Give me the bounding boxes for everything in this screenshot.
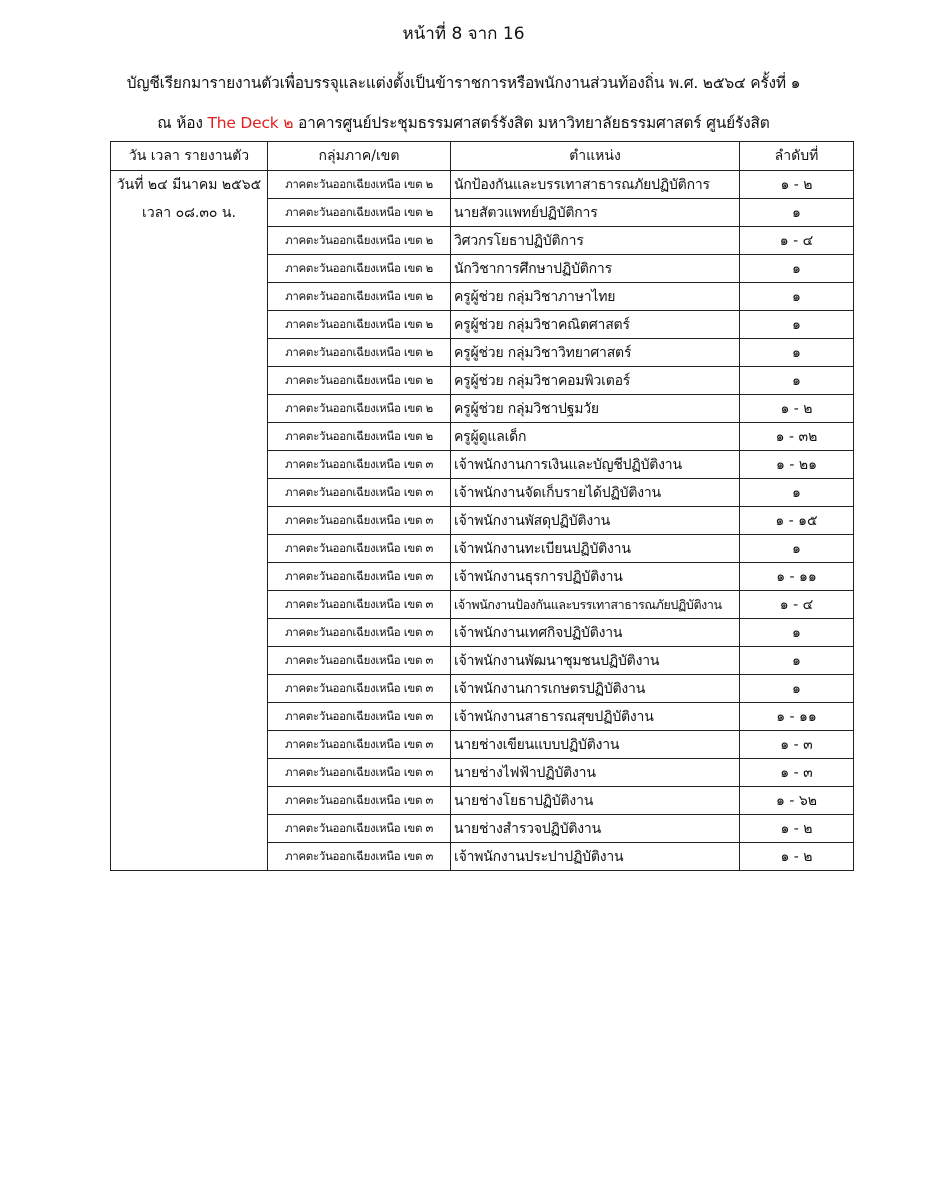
group-cell: ภาคตะวันออกเฉียงเหนือ เขต ๓ xyxy=(268,535,451,563)
group-cell: ภาคตะวันออกเฉียงเหนือ เขต ๒ xyxy=(268,395,451,423)
order-cell: ๑ xyxy=(740,647,854,675)
order-cell: ๑ - ๑๕ xyxy=(740,507,854,535)
position-cell: ครูผู้ช่วย กลุ่มวิชาวิทยาศาสตร์ xyxy=(451,339,740,367)
location-prefix: ณ ห้อง xyxy=(157,114,207,132)
report-datetime-cell: วันที่ ๒๔ มีนาคม ๒๕๖๕เวลา ๐๘.๓๐ น. xyxy=(111,171,268,871)
group-cell: ภาคตะวันออกเฉียงเหนือ เขต ๒ xyxy=(268,339,451,367)
group-cell: ภาคตะวันออกเฉียงเหนือ เขต ๓ xyxy=(268,451,451,479)
page-indicator: หน้าที่ 8 จาก 16 xyxy=(0,20,927,47)
order-cell: ๑ - ๔ xyxy=(740,227,854,255)
location-suffix: อาคารศูนย์ประชุมธรรมศาสตร์รังสิต มหาวิทย… xyxy=(293,114,769,132)
order-cell: ๑ xyxy=(740,339,854,367)
order-cell: ๑ xyxy=(740,535,854,563)
position-cell: เจ้าพนักงานธุรการปฏิบัติงาน xyxy=(451,563,740,591)
document-title: บัญชีเรียกมารายงานตัวเพื่อบรรจุและแต่งตั… xyxy=(0,70,927,95)
group-cell: ภาคตะวันออกเฉียงเหนือ เขต ๓ xyxy=(268,843,451,871)
header-position: ตำแหน่ง xyxy=(451,142,740,171)
position-cell: เจ้าพนักงานพัสดุปฏิบัติงาน xyxy=(451,507,740,535)
position-cell: ครูผู้ช่วย กลุ่มวิชาภาษาไทย xyxy=(451,283,740,311)
position-cell: ครูผู้ช่วย กลุ่มวิชาคอมพิวเตอร์ xyxy=(451,367,740,395)
table-row: วันที่ ๒๔ มีนาคม ๒๕๖๕เวลา ๐๘.๓๐ น.ภาคตะว… xyxy=(111,171,854,199)
header-group: กลุ่มภาค/เขต xyxy=(268,142,451,171)
room-name: The Deck ๒ xyxy=(207,114,293,132)
position-cell: เจ้าพนักงานจัดเก็บรายได้ปฏิบัติงาน xyxy=(451,479,740,507)
order-cell: ๑ xyxy=(740,283,854,311)
group-cell: ภาคตะวันออกเฉียงเหนือ เขต ๓ xyxy=(268,563,451,591)
order-cell: ๑ - ๒ xyxy=(740,843,854,871)
order-cell: ๑ - ๒๑ xyxy=(740,451,854,479)
position-cell: นายช่างเขียนแบบปฏิบัติงาน xyxy=(451,731,740,759)
group-cell: ภาคตะวันออกเฉียงเหนือ เขต ๒ xyxy=(268,367,451,395)
order-cell: ๑ xyxy=(740,311,854,339)
position-cell: เจ้าพนักงานเทศกิจปฏิบัติงาน xyxy=(451,619,740,647)
group-cell: ภาคตะวันออกเฉียงเหนือ เขต ๓ xyxy=(268,675,451,703)
position-cell: นายช่างไฟฟ้าปฏิบัติงาน xyxy=(451,759,740,787)
order-cell: ๑ xyxy=(740,619,854,647)
group-cell: ภาคตะวันออกเฉียงเหนือ เขต ๒ xyxy=(268,255,451,283)
position-cell: นายช่างโยธาปฏิบัติงาน xyxy=(451,787,740,815)
report-time: เวลา ๐๘.๓๐ น. xyxy=(111,199,267,227)
order-cell: ๑ - ๑๑ xyxy=(740,703,854,731)
group-cell: ภาคตะวันออกเฉียงเหนือ เขต ๓ xyxy=(268,479,451,507)
header-order: ลำดับที่ xyxy=(740,142,854,171)
position-cell: ครูผู้ช่วย กลุ่มวิชาปฐมวัย xyxy=(451,395,740,423)
order-cell: ๑ - ๒ xyxy=(740,395,854,423)
position-cell: เจ้าพนักงานพัฒนาชุมชนปฏิบัติงาน xyxy=(451,647,740,675)
position-cell: นายช่างสำรวจปฏิบัติงาน xyxy=(451,815,740,843)
order-cell: ๑ - ๓ xyxy=(740,731,854,759)
report-date: วันที่ ๒๔ มีนาคม ๒๕๖๕ xyxy=(111,171,267,199)
group-cell: ภาคตะวันออกเฉียงเหนือ เขต ๒ xyxy=(268,283,451,311)
group-cell: ภาคตะวันออกเฉียงเหนือ เขต ๒ xyxy=(268,423,451,451)
order-cell: ๑ xyxy=(740,675,854,703)
order-cell: ๑ - ๒ xyxy=(740,815,854,843)
group-cell: ภาคตะวันออกเฉียงเหนือ เขต ๓ xyxy=(268,507,451,535)
order-cell: ๑ xyxy=(740,479,854,507)
position-cell: เจ้าพนักงานการเงินและบัญชีปฏิบัติงาน xyxy=(451,451,740,479)
group-cell: ภาคตะวันออกเฉียงเหนือ เขต ๓ xyxy=(268,787,451,815)
location-line: ณ ห้อง The Deck ๒ อาคารศูนย์ประชุมธรรมศา… xyxy=(0,110,927,135)
order-cell: ๑ xyxy=(740,367,854,395)
report-schedule-table: วัน เวลา รายงานตัว กลุ่มภาค/เขต ตำแหน่ง … xyxy=(110,141,854,871)
position-cell: เจ้าพนักงานทะเบียนปฏิบัติงาน xyxy=(451,535,740,563)
position-cell: เจ้าพนักงานสาธารณสุขปฏิบัติงาน xyxy=(451,703,740,731)
group-cell: ภาคตะวันออกเฉียงเหนือ เขต ๓ xyxy=(268,647,451,675)
order-cell: ๑ - ๓ xyxy=(740,759,854,787)
group-cell: ภาคตะวันออกเฉียงเหนือ เขต ๓ xyxy=(268,591,451,619)
position-cell: ครูผู้ดูแลเด็ก xyxy=(451,423,740,451)
position-cell: ครูผู้ช่วย กลุ่มวิชาคณิตศาสตร์ xyxy=(451,311,740,339)
order-cell: ๑ xyxy=(740,255,854,283)
order-cell: ๑ - ๔ xyxy=(740,591,854,619)
order-cell: ๑ - ๒ xyxy=(740,171,854,199)
header-datetime: วัน เวลา รายงานตัว xyxy=(111,142,268,171)
order-cell: ๑ xyxy=(740,199,854,227)
position-cell: นักป้องกันและบรรเทาสาธารณภัยปฏิบัติการ xyxy=(451,171,740,199)
group-cell: ภาคตะวันออกเฉียงเหนือ เขต ๒ xyxy=(268,171,451,199)
position-cell: นักวิชาการศึกษาปฏิบัติการ xyxy=(451,255,740,283)
position-cell: เจ้าพนักงานการเกษตรปฏิบัติงาน xyxy=(451,675,740,703)
table-header-row: วัน เวลา รายงานตัว กลุ่มภาค/เขต ตำแหน่ง … xyxy=(111,142,854,171)
group-cell: ภาคตะวันออกเฉียงเหนือ เขต ๓ xyxy=(268,815,451,843)
position-cell: เจ้าพนักงานป้องกันและบรรเทาสาธารณภัยปฏิบ… xyxy=(451,591,740,619)
group-cell: ภาคตะวันออกเฉียงเหนือ เขต ๓ xyxy=(268,619,451,647)
position-cell: เจ้าพนักงานประปาปฏิบัติงาน xyxy=(451,843,740,871)
group-cell: ภาคตะวันออกเฉียงเหนือ เขต ๒ xyxy=(268,199,451,227)
group-cell: ภาคตะวันออกเฉียงเหนือ เขต ๓ xyxy=(268,703,451,731)
group-cell: ภาคตะวันออกเฉียงเหนือ เขต ๒ xyxy=(268,227,451,255)
group-cell: ภาคตะวันออกเฉียงเหนือ เขต ๓ xyxy=(268,759,451,787)
order-cell: ๑ - ๑๑ xyxy=(740,563,854,591)
group-cell: ภาคตะวันออกเฉียงเหนือ เขต ๓ xyxy=(268,731,451,759)
order-cell: ๑ - ๖๒ xyxy=(740,787,854,815)
position-cell: นายสัตวแพทย์ปฏิบัติการ xyxy=(451,199,740,227)
group-cell: ภาคตะวันออกเฉียงเหนือ เขต ๒ xyxy=(268,311,451,339)
order-cell: ๑ - ๓๒ xyxy=(740,423,854,451)
position-cell: วิศวกรโยธาปฏิบัติการ xyxy=(451,227,740,255)
